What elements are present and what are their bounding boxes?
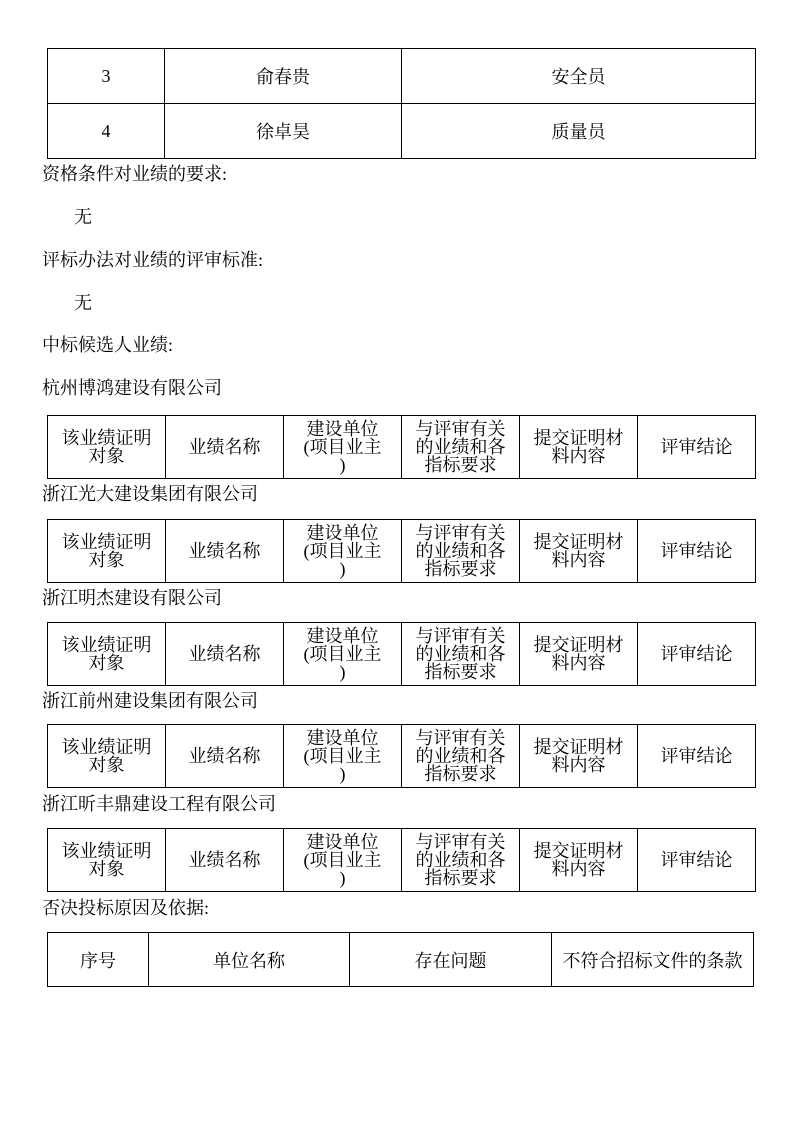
header-cell-review-conclusion: 评审结论: [638, 725, 756, 788]
table-header-row: 该业绩证明 对象 业绩名称 建设单位 (项目业主 ) 与评审有关 的业绩和各 指…: [48, 416, 756, 479]
qualification-requirement-value: 无: [42, 207, 756, 227]
company-name: 杭州博鸿建设有限公司: [42, 378, 756, 398]
table-header-row: 该业绩证明 对象 业绩名称 建设单位 (项目业主 ) 与评审有关 的业绩和各 指…: [48, 725, 756, 788]
header-cell-submitted-materials: 提交证明材 料内容: [520, 725, 638, 788]
header-cell-review-conclusion: 评审结论: [638, 829, 756, 892]
header-cell-existing-problems: 存在问题: [350, 933, 552, 987]
header-cell-performance-name: 业绩名称: [166, 829, 284, 892]
header-cell-performance-name: 业绩名称: [166, 725, 284, 788]
header-cell-submitted-materials: 提交证明材 料内容: [520, 520, 638, 583]
header-cell-review-conclusion: 评审结论: [638, 623, 756, 686]
header-cell-review-indicators: 与评审有关 的业绩和各 指标要求: [402, 829, 520, 892]
header-cell-submitted-materials: 提交证明材 料内容: [520, 623, 638, 686]
evaluation-standard-label: 评标办法对业绩的评审标准:: [42, 250, 756, 270]
table-row: 3 俞春贵 安全员: [48, 49, 756, 104]
table-header-row: 序号 单位名称 存在问题 不符合招标文件的条款: [48, 933, 754, 987]
header-cell-construction-unit: 建设单位 (项目业主 ): [284, 623, 402, 686]
header-cell-review-indicators: 与评审有关 的业绩和各 指标要求: [402, 520, 520, 583]
personnel-role-cell: 质量员: [402, 104, 756, 159]
personnel-no-cell: 4: [48, 104, 165, 159]
document-page: 3 俞春贵 安全员 4 徐卓昊 质量员 资格条件对业绩的要求: 无 评标办法对业…: [0, 0, 800, 1132]
table-header-row: 该业绩证明 对象 业绩名称 建设单位 (项目业主 ) 与评审有关 的业绩和各 指…: [48, 829, 756, 892]
rejection-reason-label: 否决投标原因及依据:: [42, 898, 756, 918]
header-cell-construction-unit: 建设单位 (项目业主 ): [284, 725, 402, 788]
header-cell-proof-object: 该业绩证明 对象: [48, 623, 166, 686]
header-cell-review-conclusion: 评审结论: [638, 520, 756, 583]
company-name: 浙江昕丰鼎建设工程有限公司: [42, 794, 756, 814]
header-cell-review-indicators: 与评审有关 的业绩和各 指标要求: [402, 725, 520, 788]
qualification-requirement-label: 资格条件对业绩的要求:: [42, 164, 756, 184]
table-header-row: 该业绩证明 对象 业绩名称 建设单位 (项目业主 ) 与评审有关 的业绩和各 指…: [48, 520, 756, 583]
performance-table: 该业绩证明 对象 业绩名称 建设单位 (项目业主 ) 与评审有关 的业绩和各 指…: [47, 415, 756, 479]
header-cell-proof-object: 该业绩证明 对象: [48, 520, 166, 583]
personnel-table: 3 俞春贵 安全员 4 徐卓昊 质量员: [47, 48, 756, 159]
header-cell-performance-name: 业绩名称: [166, 520, 284, 583]
header-cell-review-indicators: 与评审有关 的业绩和各 指标要求: [402, 623, 520, 686]
company-name: 浙江光大建设集团有限公司: [42, 484, 756, 504]
header-cell-performance-name: 业绩名称: [166, 623, 284, 686]
performance-table: 该业绩证明 对象 业绩名称 建设单位 (项目业主 ) 与评审有关 的业绩和各 指…: [47, 519, 756, 583]
personnel-role-cell: 安全员: [402, 49, 756, 104]
personnel-name-cell: 俞春贵: [165, 49, 402, 104]
header-cell-review-indicators: 与评审有关 的业绩和各 指标要求: [402, 416, 520, 479]
header-cell-construction-unit: 建设单位 (项目业主 ): [284, 520, 402, 583]
table-header-row: 该业绩证明 对象 业绩名称 建设单位 (项目业主 ) 与评审有关 的业绩和各 指…: [48, 623, 756, 686]
performance-table: 该业绩证明 对象 业绩名称 建设单位 (项目业主 ) 与评审有关 的业绩和各 指…: [47, 724, 756, 788]
header-cell-nonconforming-clause: 不符合招标文件的条款: [552, 933, 754, 987]
header-cell-proof-object: 该业绩证明 对象: [48, 725, 166, 788]
header-cell-performance-name: 业绩名称: [166, 416, 284, 479]
header-cell-construction-unit: 建设单位 (项目业主 ): [284, 416, 402, 479]
header-cell-proof-object: 该业绩证明 对象: [48, 416, 166, 479]
header-cell-serial-number: 序号: [48, 933, 149, 987]
company-name: 浙江前州建设集团有限公司: [42, 691, 756, 711]
performance-table: 该业绩证明 对象 业绩名称 建设单位 (项目业主 ) 与评审有关 的业绩和各 指…: [47, 622, 756, 686]
header-cell-submitted-materials: 提交证明材 料内容: [520, 416, 638, 479]
table-row: 4 徐卓昊 质量员: [48, 104, 756, 159]
candidates-performance-label: 中标候选人业绩:: [42, 335, 756, 355]
rejection-table: 序号 单位名称 存在问题 不符合招标文件的条款: [47, 932, 754, 987]
personnel-no-cell: 3: [48, 49, 165, 104]
company-name: 浙江明杰建设有限公司: [42, 588, 756, 608]
header-cell-unit-name: 单位名称: [149, 933, 350, 987]
header-cell-construction-unit: 建设单位 (项目业主 ): [284, 829, 402, 892]
evaluation-standard-value: 无: [42, 293, 756, 313]
header-cell-proof-object: 该业绩证明 对象: [48, 829, 166, 892]
personnel-name-cell: 徐卓昊: [165, 104, 402, 159]
performance-table: 该业绩证明 对象 业绩名称 建设单位 (项目业主 ) 与评审有关 的业绩和各 指…: [47, 828, 756, 892]
header-cell-review-conclusion: 评审结论: [638, 416, 756, 479]
header-cell-submitted-materials: 提交证明材 料内容: [520, 829, 638, 892]
